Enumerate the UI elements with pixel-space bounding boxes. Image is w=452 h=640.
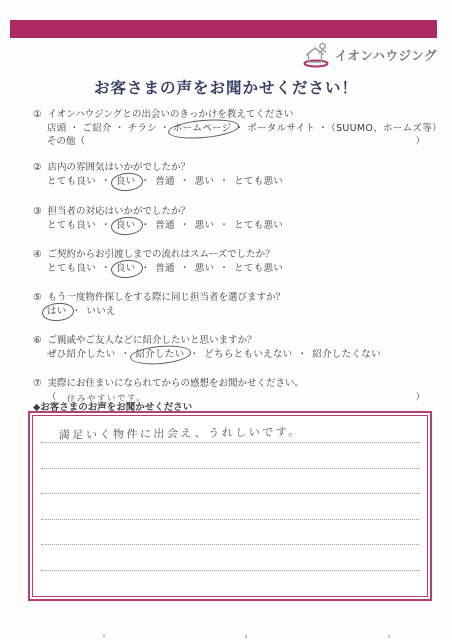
option: ご紹介 bbox=[82, 123, 111, 134]
option: 紹介したくない bbox=[312, 349, 381, 360]
option-separator: ・ bbox=[101, 220, 111, 231]
option: （SUUMO、ホームズ等） bbox=[331, 123, 442, 134]
option-separator: ・ bbox=[219, 263, 229, 274]
question-text: もう一度物件探しをする際に同じ担当者を選びますか？ bbox=[48, 291, 286, 305]
question-5: ⑤ もう一度物件探しをする際に同じ担当者を選びますか？ はい・いいえ bbox=[33, 291, 436, 318]
customer-comments-box-inner: 満足いく物件に出会え、うれしいです。 bbox=[32, 415, 428, 597]
option-separator: ・ bbox=[70, 123, 80, 134]
question-3: ③ 担当者の対応はいかがでしたか？ とても良い・良い・普通・悪い・とても悪い bbox=[33, 205, 436, 232]
option-separator: ・ bbox=[121, 349, 131, 360]
option: チラシ bbox=[128, 123, 157, 134]
option: 普通 bbox=[155, 220, 175, 231]
option: 店頭 bbox=[47, 123, 67, 134]
option: 普通 bbox=[155, 263, 175, 274]
comment-line bbox=[41, 545, 419, 571]
question-5-options: はい・いいえ bbox=[33, 305, 436, 319]
question-5-label: ⑤ もう一度物件探しをする際に同じ担当者を選びますか？ bbox=[33, 291, 436, 305]
question-2: ② 店内の雰囲気はいかがでしたか？ とても良い・良い・普通・悪い・とても悪い bbox=[33, 161, 436, 188]
question-1-other-field: その他（ ） bbox=[33, 135, 425, 149]
option: とても悪い bbox=[234, 176, 283, 187]
option: とても良い bbox=[47, 263, 96, 274]
question-6-options: ぜひ紹介したい・紹介したい・どちらともいえない・紹介したくない bbox=[33, 348, 436, 362]
scan-artifact-mark bbox=[245, 635, 247, 638]
other-close-paren: ） bbox=[415, 135, 425, 149]
comment-line bbox=[41, 520, 419, 546]
question-text: 実際にお住まいになられてからの感想をお聞かせください。 bbox=[48, 377, 305, 391]
option: とても良い bbox=[47, 176, 96, 187]
option-separator: ・ bbox=[180, 220, 190, 231]
option: とても悪い bbox=[234, 220, 283, 231]
option-selected: 紹介したい bbox=[135, 348, 184, 362]
question-1-options: 店頭・ご紹介・チラシ・ホームページ・ポータルサイト・（SUUMO、ホームズ等） bbox=[33, 122, 436, 136]
option: ぜひ紹介したい bbox=[47, 349, 116, 360]
question-2-label: ② 店内の雰囲気はいかがでしたか？ bbox=[33, 161, 436, 175]
question-number: ⑤ bbox=[33, 291, 42, 305]
question-2-options: とても良い・良い・普通・悪い・とても悪い bbox=[33, 175, 436, 189]
option-separator: ・ bbox=[180, 263, 190, 274]
question-number: ③ bbox=[33, 205, 42, 219]
option-separator: ・ bbox=[189, 349, 199, 360]
option-separator: ・ bbox=[101, 176, 111, 187]
question-6: ⑥ ご親戚やご友人などに紹介したいと思いますか？ ぜひ紹介したい・紹介したい・ど… bbox=[33, 334, 436, 361]
handwritten-comment: 満足いく物件に出会え、うれしいです。 bbox=[58, 423, 302, 442]
question-1: ① イオンハウジングとの出会いのきっかけを教えてください 店頭・ご紹介・チラシ・… bbox=[33, 108, 436, 149]
option: いいえ bbox=[86, 306, 115, 317]
page-title: お客さまの声をお聞かせください！ bbox=[0, 76, 452, 98]
brand-name: イオンハウジング bbox=[335, 46, 437, 64]
option-selected: 良い bbox=[116, 175, 136, 189]
option: ポータルサイト bbox=[247, 123, 315, 134]
question-6-label: ⑥ ご親戚やご友人などに紹介したいと思いますか？ bbox=[33, 334, 436, 348]
comment-line bbox=[41, 494, 419, 520]
question-text: 店内の雰囲気はいかがでしたか？ bbox=[48, 161, 191, 175]
comment-line bbox=[41, 469, 419, 495]
option: どちらともいえない bbox=[204, 349, 292, 360]
comment-line bbox=[41, 571, 419, 596]
option: 悪い bbox=[195, 176, 215, 187]
option-selected: はい bbox=[47, 305, 67, 319]
question-4-label: ④ ご契約からお引渡しまでの流れはスムーズでしたか？ bbox=[33, 248, 436, 262]
option-separator: ・ bbox=[219, 176, 229, 187]
question-4: ④ ご契約からお引渡しまでの流れはスムーズでしたか？ とても良い・良い・普通・悪… bbox=[33, 248, 436, 275]
option: とても良い bbox=[47, 220, 96, 231]
scan-artifact-mark bbox=[388, 635, 390, 638]
question-text: 担当者の対応はいかがでしたか？ bbox=[48, 205, 191, 219]
option-separator: ・ bbox=[180, 176, 190, 187]
option: とても悪い bbox=[234, 263, 283, 274]
question-number: ② bbox=[33, 161, 42, 175]
question-3-label: ③ 担当者の対応はいかがでしたか？ bbox=[33, 205, 436, 219]
option-selected: 良い bbox=[116, 262, 136, 276]
question-4-options: とても良い・良い・普通・悪い・とても悪い bbox=[33, 262, 436, 276]
comment-line: 満足いく物件に出会え、うれしいです。 bbox=[41, 416, 419, 443]
question-1-label: ① イオンハウジングとの出会いのきっかけを教えてください bbox=[33, 108, 436, 122]
option-selected: ホームページ bbox=[173, 122, 232, 136]
option-selected: 良い bbox=[116, 219, 136, 233]
question-text: イオンハウジングとの出会いのきっかけを教えてください bbox=[48, 108, 294, 122]
scan-artifact-mark bbox=[103, 634, 105, 637]
other-label: その他（ bbox=[47, 135, 85, 149]
question-number: ⑦ bbox=[33, 377, 42, 391]
question-text: ご親戚やご友人などに紹介したいと思いますか？ bbox=[48, 334, 257, 348]
comment-line bbox=[41, 443, 419, 469]
option-separator: ・ bbox=[318, 123, 328, 134]
option-separator: ・ bbox=[297, 349, 307, 360]
option-separator: ・ bbox=[219, 220, 229, 231]
top-accent-bar bbox=[10, 20, 437, 38]
question-3-options: とても良い・良い・普通・悪い・とても悪い bbox=[33, 219, 436, 233]
option-separator: ・ bbox=[101, 263, 111, 274]
brand-logo: イオンハウジング bbox=[303, 42, 437, 68]
option-separator: ・ bbox=[115, 123, 125, 134]
customer-comments-box: 満足いく物件に出会え、うれしいです。 bbox=[28, 411, 432, 601]
question-number: ④ bbox=[33, 248, 42, 262]
scanned-survey-page: イオンハウジング お客さまの声をお聞かせください！ ① イオンハウジングとの出会… bbox=[0, 0, 452, 640]
question-number: ⑥ bbox=[33, 334, 42, 348]
house-person-logo-icon bbox=[303, 42, 331, 68]
option: 悪い bbox=[195, 263, 215, 274]
option: 悪い bbox=[195, 220, 215, 231]
question-number: ① bbox=[33, 108, 42, 122]
option: 普通 bbox=[155, 176, 175, 187]
question-text: ご契約からお引渡しまでの流れはスムーズでしたか？ bbox=[48, 248, 275, 262]
close-paren: ） bbox=[415, 391, 425, 405]
